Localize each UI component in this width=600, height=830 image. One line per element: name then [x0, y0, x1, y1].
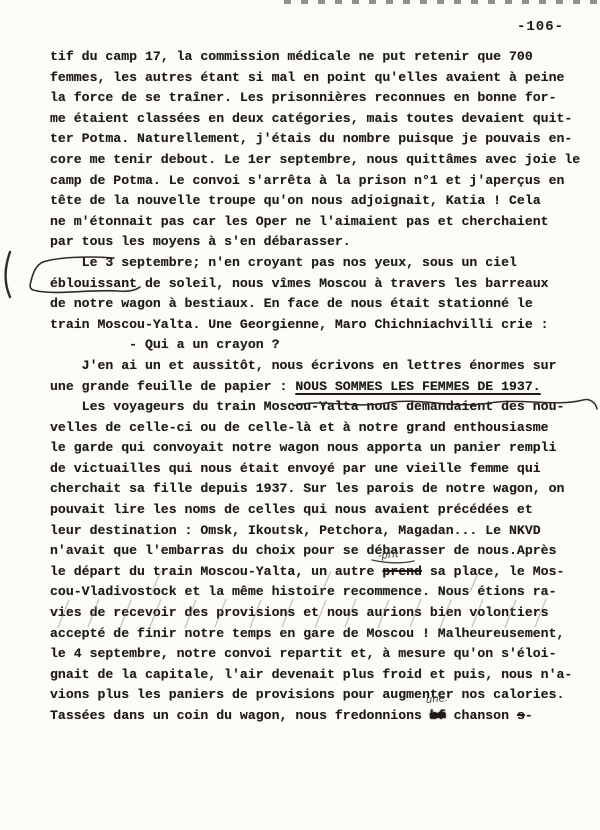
text-line: vies de recevoir des provisions et nous …: [50, 603, 598, 624]
text-segment-struck: prend: [382, 564, 422, 579]
text-line: gnait de la capitale, l'air devenait plu…: [50, 665, 598, 686]
text-line: core me tenir debout. Le 1er septembre, …: [50, 150, 598, 171]
text-line: par tous les moyens à s'en débarasser.: [50, 232, 598, 253]
text-line: tête de la nouvelle troupe qu'on nous ad…: [50, 191, 598, 212]
handwritten-margin-stroke: [5, 252, 10, 297]
text-line: n'avait que l'embarras du choix pour se …: [50, 541, 598, 562]
text-line: cou-Vladivostock et la même histoire rec…: [50, 582, 598, 603]
text-line: tif du camp 17, la commission médicale n…: [50, 47, 598, 68]
text-line: ne m'étonnait pas car les Oper ne l'aima…: [50, 212, 598, 233]
text-segment-underline: NOUS SOMMES LES FEMMES DE 1937.: [295, 379, 540, 394]
scanned-page: -106- tif du camp 17, la commission médi…: [0, 0, 600, 830]
text-line: le garde qui convoyait notre wagon nous …: [50, 438, 598, 459]
text-line: femmes, les autres étant si mal en point…: [50, 68, 598, 89]
text-line: velles de celle-ci ou de celle-là et à n…: [50, 418, 598, 439]
handwritten-correction: une.: [425, 694, 448, 706]
text-line: de victuailles qui nous était envoyé par…: [50, 459, 598, 480]
text-line: cherchait sa fille depuis 1937. Sur les …: [50, 479, 598, 500]
text-segment: chanson: [446, 708, 517, 723]
text-line: éblouissant de soleil, nous vîmes Moscou…: [50, 274, 598, 295]
text-segment: Tassées dans un coin du wagon, nous fred…: [50, 708, 430, 723]
text-line: pouvait lire les noms de celles qui nous…: [50, 500, 598, 521]
text-line: - Qui a un crayon ?: [50, 335, 598, 356]
text-line: me étaient classées en deux catégories, …: [50, 109, 598, 130]
text-segment: le départ du train Moscou-Yalta, un autr…: [50, 564, 382, 579]
text-line: la force de se traîner. Les prisonnières…: [50, 88, 598, 109]
text-line: ter Potma. Naturellement, j'étais du nom…: [50, 129, 598, 150]
text-segment-blob: bf: [430, 708, 446, 723]
text-line: le 4 septembre, notre convoi repartit et…: [50, 644, 598, 665]
text-line: de notre wagon à bestiaux. En face de no…: [50, 294, 598, 315]
text-line: camp de Potma. Le convoi s'arrêta à la p…: [50, 171, 598, 192]
text-line: Tassées dans un coin du wagon, nous fred…: [50, 706, 598, 727]
text-segment: -: [525, 708, 533, 723]
text-line: leur destination : Omsk, Ikoutsk, Petcho…: [50, 521, 598, 542]
text-line: train Moscou-Yalta. Une Georgienne, Maro…: [50, 315, 598, 336]
typewritten-text: tif du camp 17, la commission médicale n…: [50, 47, 598, 727]
text-line: le départ du train Moscou-Yalta, un autr…: [50, 562, 598, 583]
text-segment-struck: s: [517, 708, 525, 723]
text-line: vions plus les paniers de provisions pou…: [50, 685, 598, 706]
text-segment: une grande feuille de papier :: [50, 379, 295, 394]
text-line: Les voyageurs du train Moscou-Yalta nous…: [50, 397, 598, 418]
text-line: une grande feuille de papier : NOUS SOMM…: [50, 377, 598, 398]
text-line: J'en ai un et aussitôt, nous écrivons en…: [50, 356, 598, 377]
text-line: Le 3 septembre; n'en croyant pas nos yeu…: [50, 253, 598, 274]
corrected-word: -pritprend: [382, 562, 422, 583]
corrected-word: une.bf: [430, 706, 446, 727]
text-segment: sa place, le Mos-: [422, 564, 564, 579]
page-number: -106-: [517, 19, 564, 35]
handwritten-correction: -prit: [378, 550, 400, 562]
text-line: accepté de finir notre temps en gare de …: [50, 624, 598, 645]
